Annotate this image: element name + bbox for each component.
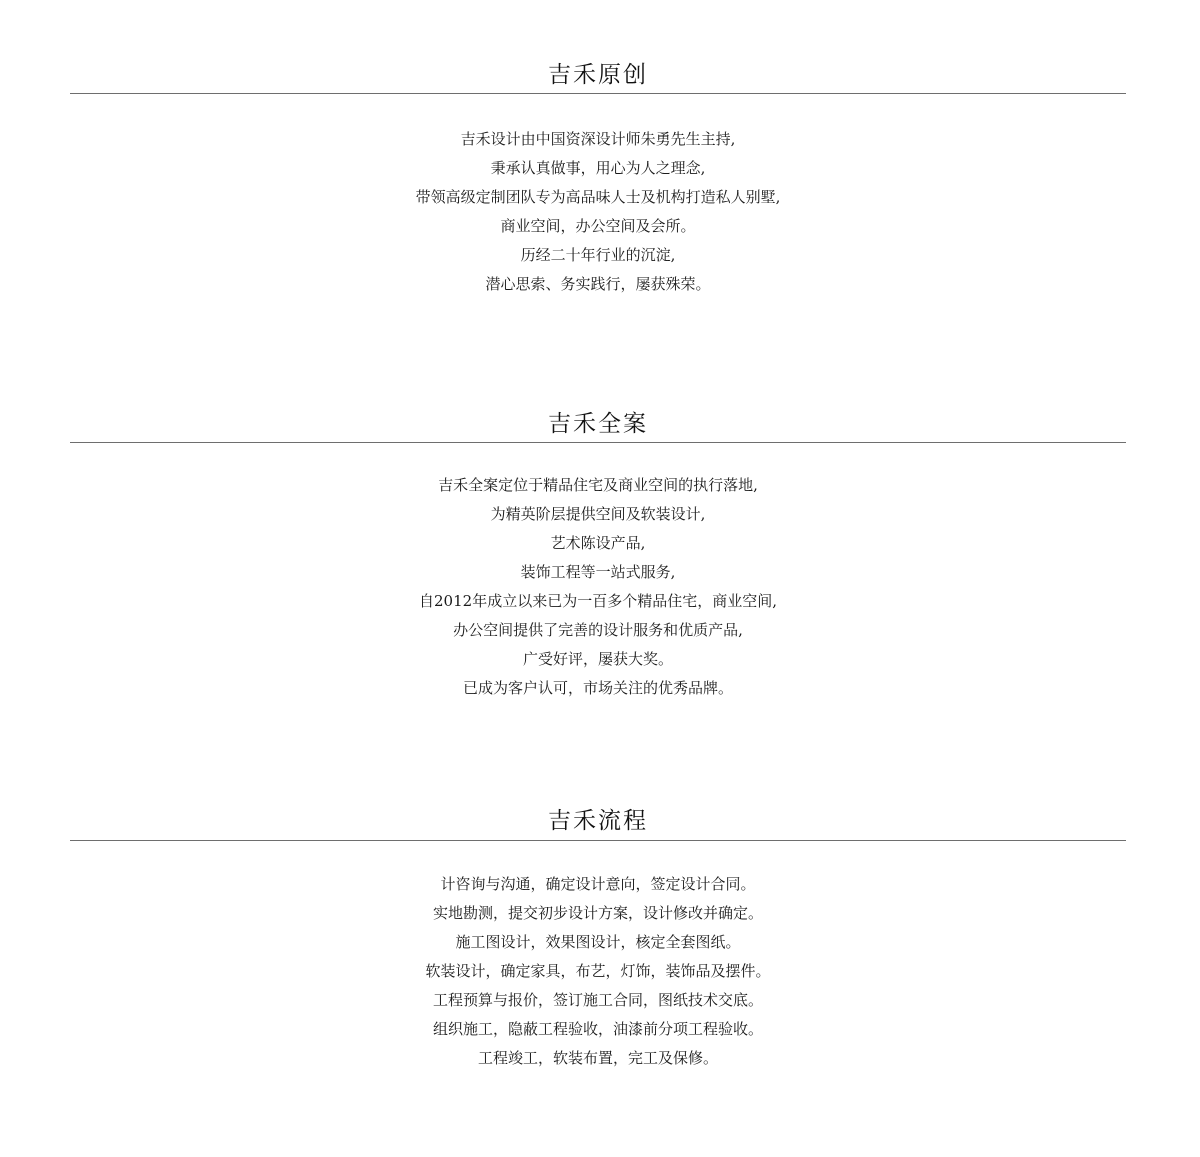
- body-line: 商业空间，办公空间及会所。: [0, 212, 1196, 241]
- body-line: 吉禾设计由中国资深设计师朱勇先生主持,: [0, 125, 1196, 154]
- body-line: 带领高级定制团队专为高品味人士及机构打造私人别墅,: [0, 183, 1196, 212]
- body-line: 计咨询与沟通，确定设计意向，签定设计合同。: [0, 870, 1196, 899]
- section-title: 吉禾流程: [0, 806, 1196, 836]
- body-line: 艺术陈设产品,: [0, 529, 1196, 558]
- section-title: 吉禾全案: [0, 409, 1196, 439]
- body-line: 秉承认真做事，用心为人之理念,: [0, 154, 1196, 183]
- body-line: 组织施工，隐蔽工程验收，油漆前分项工程验收。: [0, 1015, 1196, 1044]
- body-line: 历经二十年行业的沉淀,: [0, 241, 1196, 270]
- section-divider: [70, 840, 1126, 841]
- body-line: 工程竣工，软装布置，完工及保修。: [0, 1044, 1196, 1073]
- section-body: 计咨询与沟通，确定设计意向，签定设计合同。 实地勘测，提交初步设计方案，设计修改…: [0, 870, 1196, 1073]
- body-line: 吉禾全案定位于精品住宅及商业空间的执行落地,: [0, 471, 1196, 500]
- section-title: 吉禾原创: [0, 60, 1196, 90]
- section-body: 吉禾全案定位于精品住宅及商业空间的执行落地, 为精英阶层提供空间及软装设计, 艺…: [0, 471, 1196, 703]
- body-line: 工程预算与报价，签订施工合同，图纸技术交底。: [0, 986, 1196, 1015]
- body-line: 已成为客户认可，市场关注的优秀品牌。: [0, 674, 1196, 703]
- section-divider: [70, 93, 1126, 94]
- body-line: 潜心思索、务实践行，屡获殊荣。: [0, 270, 1196, 299]
- body-line: 自2012年成立以来已为一百多个精品住宅，商业空间,: [0, 587, 1196, 616]
- body-line: 软装设计，确定家具，布艺，灯饰，装饰品及摆件。: [0, 957, 1196, 986]
- body-line: 办公空间提供了完善的设计服务和优质产品,: [0, 616, 1196, 645]
- body-line: 装饰工程等一站式服务,: [0, 558, 1196, 587]
- body-line: 施工图设计，效果图设计，核定全套图纸。: [0, 928, 1196, 957]
- body-line: 实地勘测，提交初步设计方案，设计修改并确定。: [0, 899, 1196, 928]
- body-line: 为精英阶层提供空间及软装设计,: [0, 500, 1196, 529]
- section-body: 吉禾设计由中国资深设计师朱勇先生主持, 秉承认真做事，用心为人之理念, 带领高级…: [0, 125, 1196, 299]
- body-line: 广受好评，屡获大奖。: [0, 645, 1196, 674]
- section-divider: [70, 442, 1126, 443]
